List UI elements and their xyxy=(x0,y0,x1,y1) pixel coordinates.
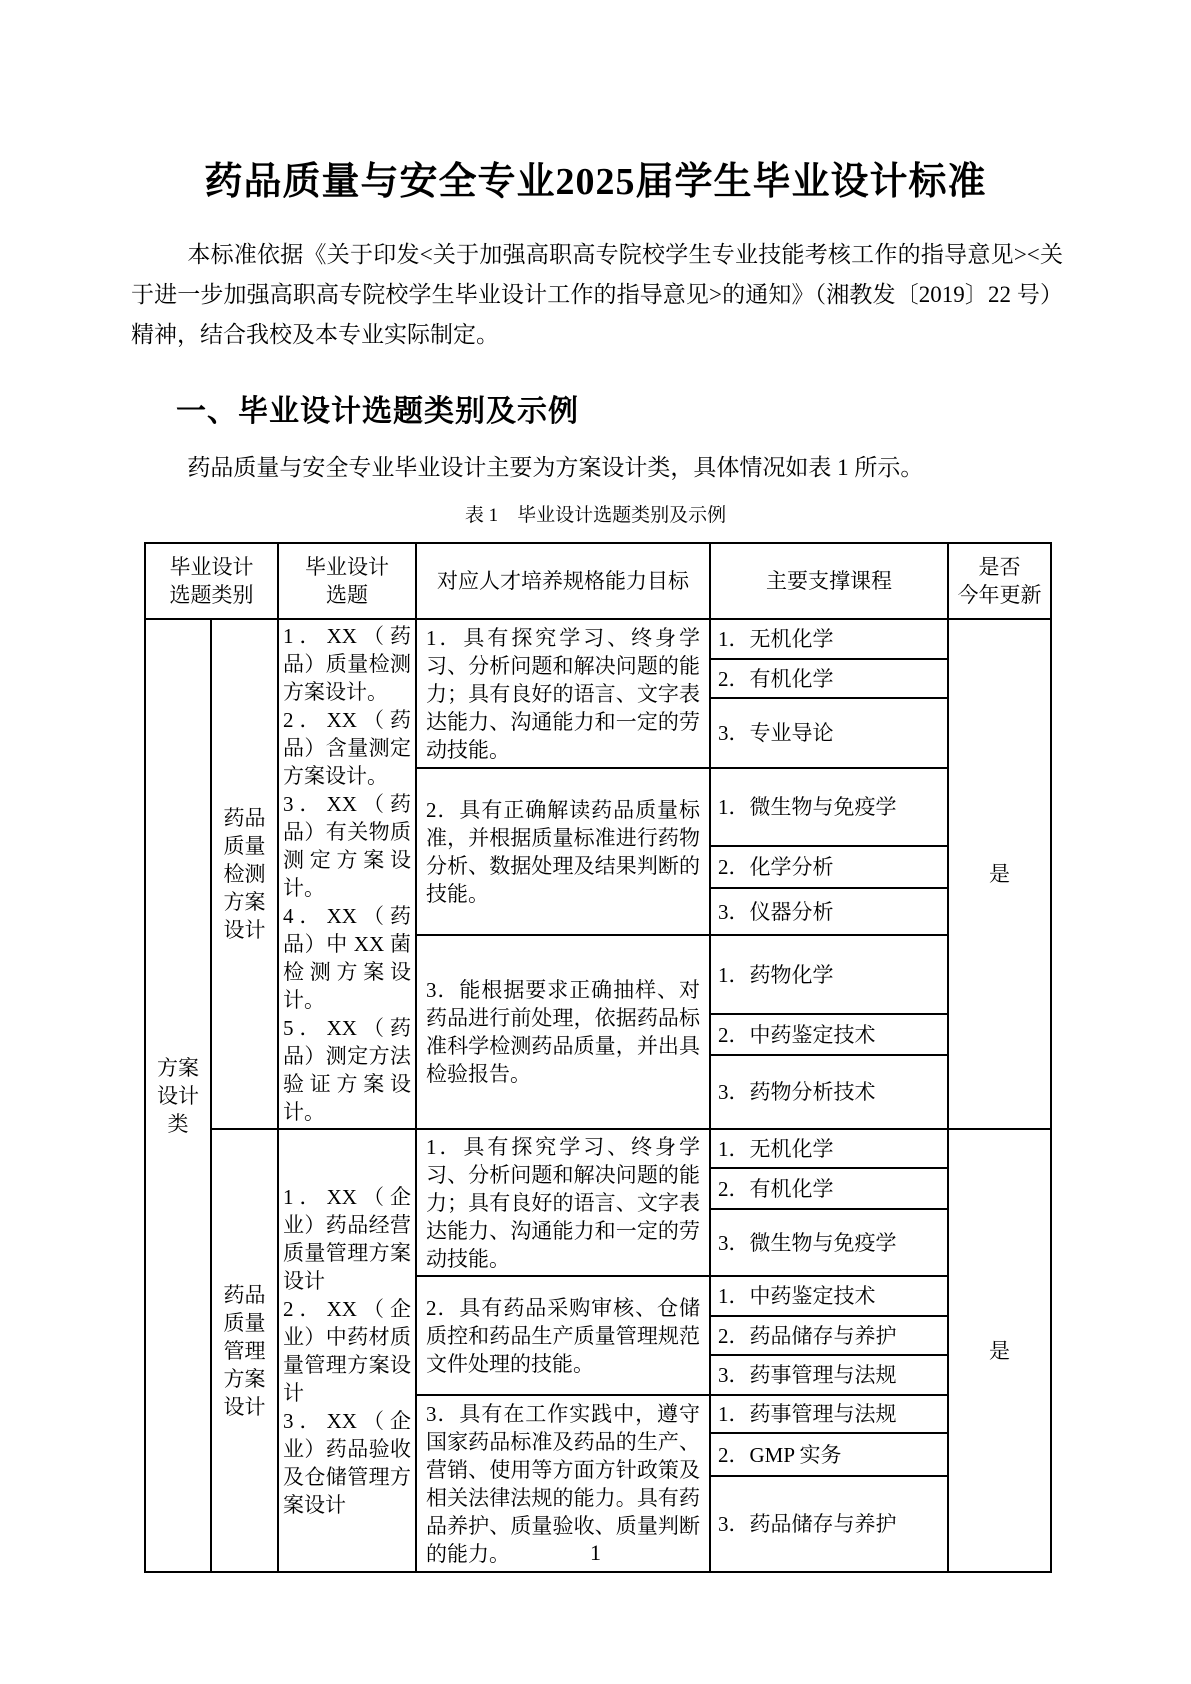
col-header-topic: 毕业设计 选题 xyxy=(278,543,416,619)
table-row: 药品 质量 管理 方案 设计 1．XX（企业）药品经营质量管理方案设计 2．XX… xyxy=(145,1129,1051,1168)
document-page: 药品质量与安全专业2025届学生毕业设计标准 本标准依据《关于印发<关于加强高职… xyxy=(0,0,1191,1684)
ability-cell-2-2: 2．具有药品采购审核、仓储质控和药品生产质量管理规范文件处理的技能。 xyxy=(416,1276,710,1395)
course-cell: 2．GMP 实务 xyxy=(710,1433,948,1476)
course-cell: 2．有机化学 xyxy=(710,1168,948,1209)
table-header-row: 毕业设计 选题类别 毕业设计 选题 对应人才培养规格能力目标 主要支撑课程 是否… xyxy=(145,543,1051,619)
col-header-ability: 对应人才培养规格能力目标 xyxy=(416,543,710,619)
course-cell: 3．药物分析技术 xyxy=(710,1055,948,1129)
topic-table: 毕业设计 选题类别 毕业设计 选题 对应人才培养规格能力目标 主要支撑课程 是否… xyxy=(144,542,1052,1573)
course-cell: 1．药事管理与法规 xyxy=(710,1395,948,1433)
category-cell: 方案 设计 类 xyxy=(145,619,211,1572)
course-cell: 2．药品储存与养护 xyxy=(710,1316,948,1355)
course-cell: 1．微生物与免疫学 xyxy=(710,768,948,846)
document-title: 药品质量与安全专业2025届学生毕业设计标准 xyxy=(0,150,1191,205)
section-1-heading: 一、毕业设计选题类别及示例 xyxy=(131,386,1063,430)
course-cell: 1．无机化学 xyxy=(710,619,948,659)
updated-cell-2: 是 xyxy=(948,1129,1051,1572)
course-cell: 3．药事管理与法规 xyxy=(710,1355,948,1395)
course-cell: 2．化学分析 xyxy=(710,846,948,888)
col-header-category: 毕业设计 选题类别 xyxy=(145,543,278,619)
section-1-intro: 药品质量与安全专业毕业设计主要为方案设计类，具体情况如表 1 所示。 xyxy=(131,448,1063,488)
course-cell: 3．微生物与免疫学 xyxy=(710,1209,948,1276)
updated-cell-1: 是 xyxy=(948,619,1051,1129)
page-number: 1 xyxy=(0,1540,1191,1566)
ability-cell-2-1: 1．具有探究学习、终身学习、分析问题和解决问题的能力；具有良好的语言、文字表达能… xyxy=(416,1129,710,1276)
course-cell: 2．中药鉴定技术 xyxy=(710,1014,948,1055)
course-cell: 1．无机化学 xyxy=(710,1129,948,1168)
course-cell: 1．药物化学 xyxy=(710,935,948,1014)
table-row: 方案 设计 类 药品 质量 检测 方案 设计 1．XX（药品）质量检测方案设计。… xyxy=(145,619,1051,659)
ability-cell-1-1: 1．具有探究学习、终身学习、分析问题和解决问题的能力；具有良好的语言、文字表达能… xyxy=(416,619,710,768)
course-cell: 1．中药鉴定技术 xyxy=(710,1276,948,1316)
subcategory-cell-1: 药品 质量 检测 方案 设计 xyxy=(211,619,278,1129)
course-cell: 2．有机化学 xyxy=(710,659,948,698)
col-header-courses: 主要支撑课程 xyxy=(710,543,948,619)
course-cell: 3．专业导论 xyxy=(710,698,948,768)
subcategory-cell-2: 药品 质量 管理 方案 设计 xyxy=(211,1129,278,1572)
intro-paragraph: 本标准依据《关于印发<关于加强高职高专院校学生专业技能考核工作的指导意见><关于… xyxy=(131,235,1063,355)
ability-cell-1-3: 3．能根据要求正确抽样、对药品进行前处理，依据药品标准科学检测药品质量，并出具检… xyxy=(416,935,710,1129)
topics-cell-1: 1．XX（药品）质量检测方案设计。 2．XX（药品）含量测定方案设计。 3．XX… xyxy=(278,619,416,1129)
ability-cell-1-2: 2．具有正确解读药品质量标准，并根据质量标准进行药物分析、数据处理及结果判断的技… xyxy=(416,768,710,935)
topics-cell-2: 1．XX（企业）药品经营质量管理方案设计 2．XX（企业）中药材质量管理方案设计… xyxy=(278,1129,416,1572)
course-cell: 3．仪器分析 xyxy=(710,888,948,935)
table-caption: 表 1 毕业设计选题类别及示例 xyxy=(0,500,1191,527)
col-header-updated: 是否 今年更新 xyxy=(948,543,1051,619)
